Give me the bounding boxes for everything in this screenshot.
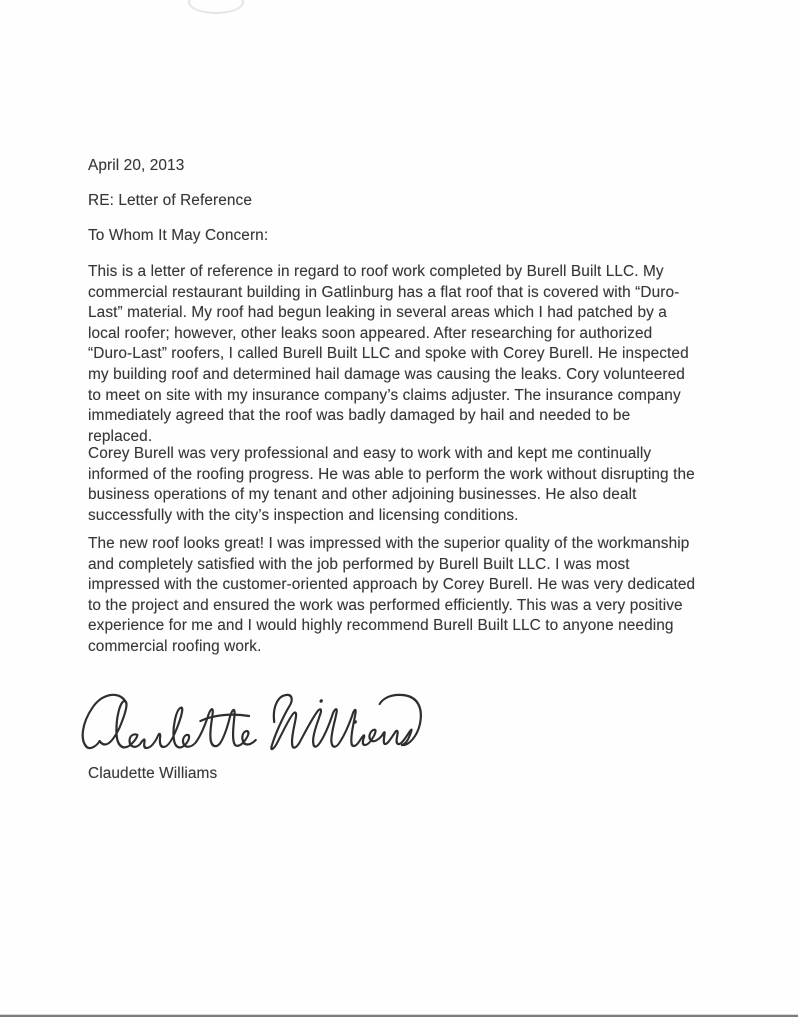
scanned-letter-page: April 20, 2013 RE: Letter of Reference T… — [0, 0, 798, 1024]
scan-smudge-artifact — [188, 0, 244, 14]
letter-salutation: To Whom It May Concern: — [88, 226, 770, 247]
signature-i-dot-1 — [319, 699, 323, 702]
letter-date: April 20, 2013 — [88, 156, 770, 177]
handwritten-signature-icon — [74, 688, 422, 768]
letter-paragraph-2: Corey Burell was very professional and e… — [88, 444, 770, 526]
signature-stroke-claudette — [81, 695, 262, 748]
signature-stroke-williams — [269, 695, 422, 749]
scan-page-edge-line — [0, 1015, 798, 1017]
letter-subject: RE: Letter of Reference — [88, 191, 770, 212]
signer-typed-name: Claudette Williams — [88, 764, 770, 785]
letter-paragraph-1: This is a letter of reference in regard … — [88, 262, 770, 447]
letter-paragraph-3: The new roof looks great! I was impresse… — [88, 534, 770, 658]
